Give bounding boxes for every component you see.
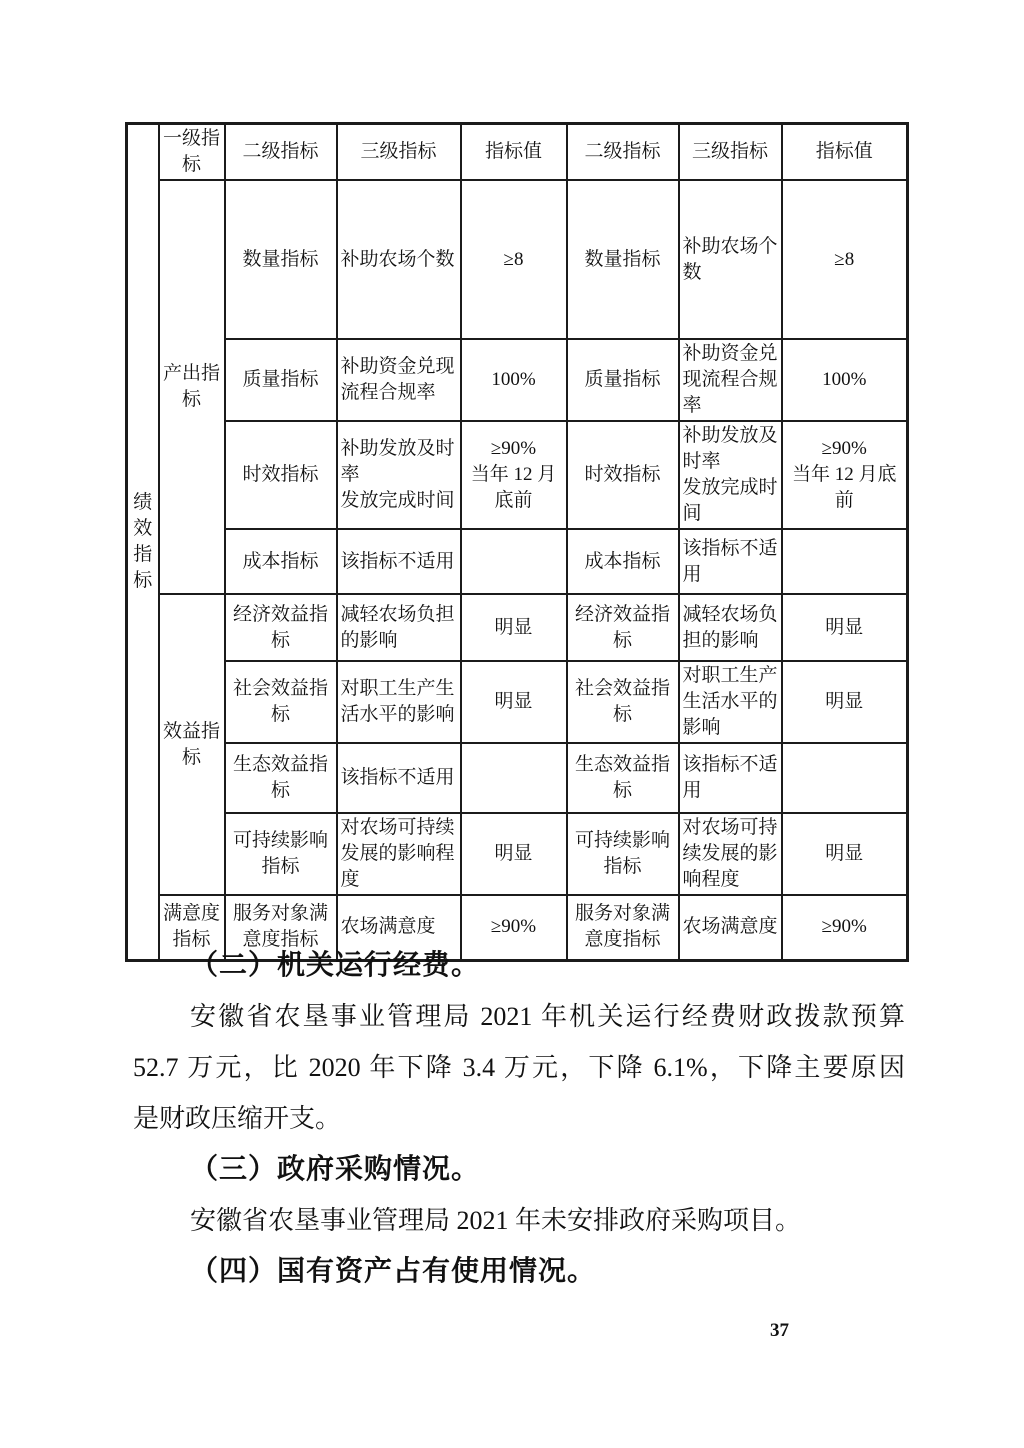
level3-cell-right: 该指标不适用 [679,529,782,594]
value-cell-right: 明显 [782,661,908,743]
level2-cell: 社会效益指标 [225,661,337,743]
value-cell [461,743,567,813]
table-side-label: 绩效指标 [127,124,159,961]
document-page: 绩效指标 一级指标 二级指标 三级指标 指标值 二级指标 三级指标 指标值 产出… [0,0,1024,1448]
section-heading-2: （二）机关运行经费。 [133,940,905,991]
value-cell-right [782,529,908,594]
value-cell: ≥8 [461,180,567,339]
value-cell: 100% [461,339,567,421]
level2-cell: 质量指标 [225,339,337,421]
level3-cell: 补助农场个数 [337,180,461,339]
table-row: 质量指标 补助资金兑现流程合规率 100% 质量指标 补助资金兑现流程合规率 1… [127,339,908,421]
header-level2-right: 二级指标 [567,124,679,181]
table-row: 生态效益指标 该指标不适用 生态效益指标 该指标不适用 [127,743,908,813]
value-cell-right: ≥90% 当年 12 月底前 [782,421,908,529]
level2-cell: 可持续影响指标 [225,813,337,895]
table-row: 时效指标 补助发放及时率 发放完成时间 ≥90% 当年 12 月底前 时效指标 … [127,421,908,529]
level2-cell-right: 生态效益指标 [567,743,679,813]
level2-cell-right: 经济效益指标 [567,594,679,661]
level3-cell: 该指标不适用 [337,743,461,813]
paragraph-2-line-1: 安徽省农垦事业管理局 2021 年机关运行经费财政拨款预算 [133,991,905,1042]
level2-cell-right: 数量指标 [567,180,679,339]
level3-cell: 补助发放及时率 发放完成时间 [337,421,461,529]
level3-cell: 该指标不适用 [337,529,461,594]
level3-cell: 对职工生产生活水平的影响 [337,661,461,743]
level3-cell-right: 补助发放及时率 发放完成时间 [679,421,782,529]
value-cell-right: 明显 [782,594,908,661]
value-cell: 明显 [461,661,567,743]
table-row: 效益指标 经济效益指标 减轻农场负担的影响 明显 经济效益指标 减轻农场负担的影… [127,594,908,661]
value-cell-right: 100% [782,339,908,421]
level2-cell: 时效指标 [225,421,337,529]
level3-cell: 对农场可持续发展的影响程度 [337,813,461,895]
header-value: 指标值 [461,124,567,181]
page-number: 37 [770,1320,789,1342]
level3-cell-right: 该指标不适用 [679,743,782,813]
header-level2: 二级指标 [225,124,337,181]
level2-cell-right: 质量指标 [567,339,679,421]
header-value-right: 指标值 [782,124,908,181]
section-heading-3: （三）政府采购情况。 [133,1144,905,1195]
value-cell-right: ≥8 [782,180,908,339]
group-benefit-indicators: 效益指标 [159,594,225,895]
header-level1: 一级指标 [159,124,225,181]
table-row: 社会效益指标 对职工生产生活水平的影响 明显 社会效益指标 对职工生产生活水平的… [127,661,908,743]
value-cell: ≥90% 当年 12 月底前 [461,421,567,529]
level3-cell-right: 对农场可持续发展的影响程度 [679,813,782,895]
level2-cell-right: 可持续影响指标 [567,813,679,895]
level3-cell-right: 补助资金兑现流程合规率 [679,339,782,421]
level2-cell-right: 成本指标 [567,529,679,594]
level2-cell: 生态效益指标 [225,743,337,813]
performance-indicator-table: 绩效指标 一级指标 二级指标 三级指标 指标值 二级指标 三级指标 指标值 产出… [125,122,909,962]
paragraph-3: 安徽省农垦事业管理局 2021 年未安排政府采购项目。 [133,1195,905,1246]
header-level3: 三级指标 [337,124,461,181]
level3-cell: 补助资金兑现流程合规率 [337,339,461,421]
level2-cell-right: 社会效益指标 [567,661,679,743]
group-output-indicators: 产出指标 [159,180,225,594]
level2-cell: 经济效益指标 [225,594,337,661]
value-cell: 明显 [461,594,567,661]
section-heading-4: （四）国有资产占有使用情况。 [133,1246,905,1297]
table-row: 可持续影响指标 对农场可持续发展的影响程度 明显 可持续影响指标 对农场可持续发… [127,813,908,895]
paragraph-2-line-3: 是财政压缩开支。 [133,1093,905,1144]
level2-cell: 成本指标 [225,529,337,594]
value-cell: 明显 [461,813,567,895]
level3-cell-right: 补助农场个数 [679,180,782,339]
level3-cell: 减轻农场负担的影响 [337,594,461,661]
level2-cell: 数量指标 [225,180,337,339]
body-text: （二）机关运行经费。 安徽省农垦事业管理局 2021 年机关运行经费财政拨款预算… [133,940,905,1297]
table-row: 成本指标 该指标不适用 成本指标 该指标不适用 [127,529,908,594]
level2-cell-right: 时效指标 [567,421,679,529]
header-level3-right: 三级指标 [679,124,782,181]
table-header-row: 绩效指标 一级指标 二级指标 三级指标 指标值 二级指标 三级指标 指标值 [127,124,908,181]
value-cell [461,529,567,594]
level3-cell-right: 减轻农场负担的影响 [679,594,782,661]
paragraph-2-line-2: 52.7 万元，比 2020 年下降 3.4 万元，下降 6.1%，下降主要原因 [133,1042,905,1093]
value-cell-right: 明显 [782,813,908,895]
level3-cell-right: 对职工生产生活水平的影响 [679,661,782,743]
value-cell-right [782,743,908,813]
table-row: 产出指标 数量指标 补助农场个数 ≥8 数量指标 补助农场个数 ≥8 [127,180,908,339]
